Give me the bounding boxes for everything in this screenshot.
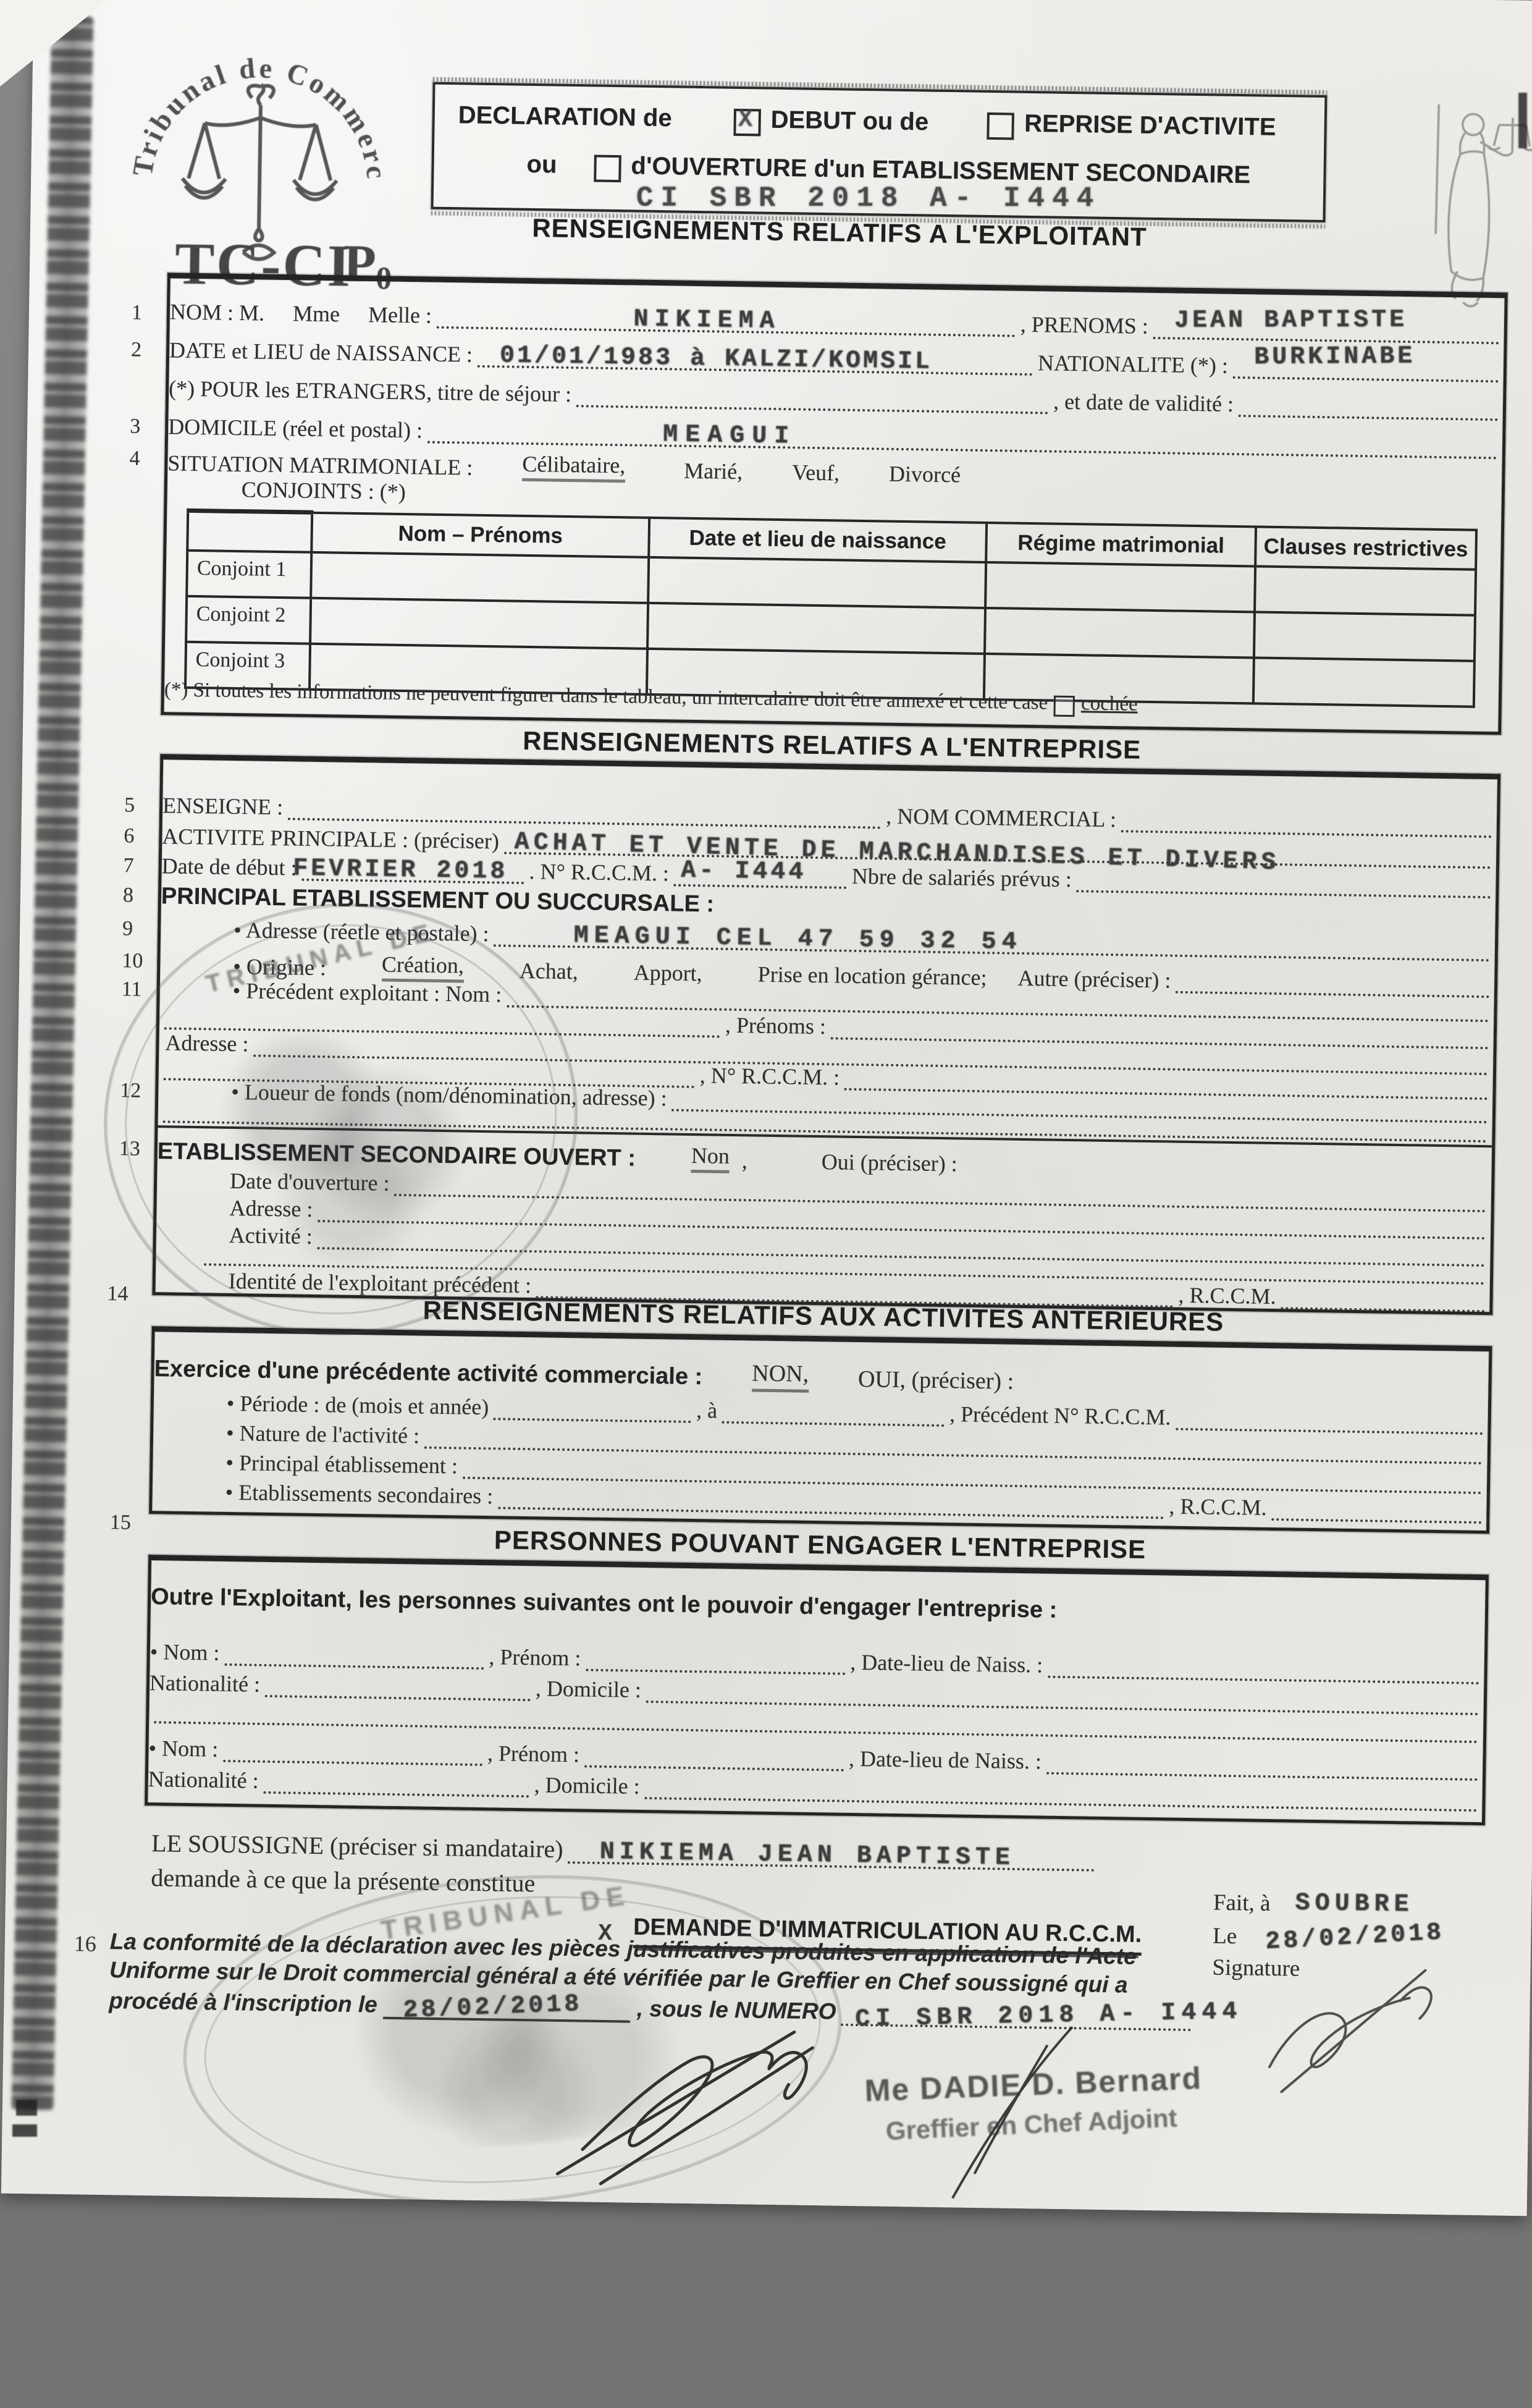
left-fold-bleed-band	[11, 15, 93, 2111]
dotted-line: BURKINABE	[1233, 359, 1499, 382]
exercice-label: Exercice d'une précédente activité comme…	[154, 1356, 702, 1391]
soussigne-label: LE SOUSSIGNE (préciser si mandataire)	[151, 1829, 563, 1864]
row-number-12: 12	[120, 1079, 141, 1103]
empty-cell	[985, 562, 1255, 611]
personne2-prenom-label: , Prénom :	[487, 1741, 580, 1768]
logo-arc-text: Tribunal de Commerce	[104, 23, 396, 184]
row-number-10: 10	[122, 949, 143, 973]
ou-label: ou	[526, 150, 557, 179]
ouverture-checkbox	[594, 154, 621, 182]
greffier-stamp-name: Me DADIE D. Bernard	[864, 2060, 1203, 2108]
exploitant-box: 1 NOM : M. Mme Melle : NIKIEMA , PRENOMS…	[161, 272, 1507, 735]
option-creation: Création,	[382, 952, 465, 983]
option-non-anterieure: NON,	[752, 1360, 809, 1392]
origine-label: • Origine :	[233, 954, 326, 981]
footnote-checkbox	[1054, 696, 1075, 717]
row-number-16: 16	[74, 1930, 97, 1957]
a-label: , à	[696, 1398, 718, 1424]
dotted-line: NIKIEMA JEAN BAPTISTE	[568, 1842, 1095, 1872]
option-achat: Achat,	[519, 958, 578, 985]
empty-cell	[310, 598, 648, 648]
dotted-line: NIKIEMA	[437, 309, 1016, 337]
dotted-line	[224, 1646, 484, 1670]
salaries-label: Nbre de salariés prévus :	[852, 864, 1072, 893]
option-apport: Apport,	[633, 960, 702, 987]
option-divorce: Divorcé	[889, 462, 961, 488]
svg-text:Tribunal de Commerce: Tribunal de Commerce	[104, 23, 396, 184]
dotted-line	[576, 387, 1049, 414]
personnes-intro: Outre l'Exploitant, les personnes suivan…	[151, 1584, 1058, 1624]
row-number-5: 5	[124, 793, 135, 817]
col-header-regime: Régime matrimonial	[986, 522, 1256, 565]
fait-a-label: Fait, à	[1213, 1890, 1271, 1917]
option-oui-label: Oui (préciser) :	[822, 1149, 958, 1177]
personne1-prenom-label: , Prénom :	[489, 1644, 581, 1671]
dotted-line	[1271, 1501, 1481, 1524]
scan-artifact	[16, 2100, 37, 2116]
row-number-9: 9	[122, 917, 133, 940]
nationalite-label: NATIONALITE (*) :	[1038, 350, 1229, 379]
demande-label: demande à ce que la présente constitue	[151, 1864, 536, 1898]
prenoms-value: JEAN BAPTISTE	[1174, 306, 1407, 336]
fait-a-value: SOUBRE	[1295, 1890, 1414, 1920]
row-number-15: 15	[110, 1511, 132, 1535]
dotted-line: JEAN BAPTISTE	[1153, 319, 1499, 344]
tribunal-de-commerce-logo: Tribunal de Commerce TC-CI P0	[104, 23, 410, 293]
conformite-line3a: procédé à l'inscription le	[109, 1987, 377, 2019]
personne2-nationalite-label: Nationalité :	[148, 1767, 259, 1794]
reprise-checkbox	[987, 112, 1015, 140]
personne1-nationalite-label: Nationalité :	[149, 1670, 261, 1697]
dotted-line	[265, 1678, 531, 1701]
soussigne-value: NIKIEMA JEAN BAPTISTE	[599, 1838, 1015, 1873]
domicile-value: MEAGUI	[663, 421, 797, 452]
col-header-naissance: Date et lieu de naissance	[649, 517, 987, 562]
scanned-page: Tribunal de Commerce TC-CI P0	[1, 0, 1532, 2216]
dotted-line	[223, 1743, 482, 1766]
dotted-line	[1121, 813, 1492, 839]
validite-label: , et date de validité :	[1053, 389, 1234, 418]
scan-artifact	[1518, 93, 1527, 148]
personne1-naiss-label: , Date-lieu de Naiss. :	[850, 1650, 1043, 1678]
prenoms2-label: , Prénoms :	[725, 1013, 827, 1040]
date-debut-label: Date de début :	[161, 853, 297, 881]
microprint-border-top	[433, 77, 1328, 95]
row-number-3: 3	[130, 415, 141, 438]
rccm-value: A- I444	[681, 857, 807, 887]
dotted-line	[1176, 1411, 1483, 1435]
naissance-label: DATE et LIEU de NAISSANCE :	[169, 337, 473, 368]
nom-label: NOM : M.	[170, 299, 265, 326]
principal-etablissement-ant-label: • Principal établissement :	[225, 1450, 458, 1479]
debut-checkmark: X	[738, 106, 753, 134]
row-number-7: 7	[123, 854, 134, 877]
col-header-nom-prenoms: Nom – Prénoms	[311, 512, 649, 557]
scanned-document-root: { "logo":{"arc":"Tribunal de Commerce","…	[0, 0, 1532, 2408]
debut-label: DEBUT ou de	[770, 106, 928, 137]
mme-label: Mme	[293, 301, 340, 327]
empty-cell	[1254, 612, 1475, 661]
precedent-rccm-label: , Précédent N° R.C.C.M.	[949, 1401, 1171, 1430]
rccm3-label: , R.C.C.M.	[1178, 1283, 1276, 1310]
personne2-naiss-label: , Date-lieu de Naiss. :	[849, 1746, 1042, 1775]
dotted-line	[263, 1774, 529, 1798]
nationalite-value: BURKINABE	[1254, 343, 1415, 373]
adresse2-label: Adresse :	[165, 1030, 249, 1057]
nom-commercial-label: , NOM COMMERCIAL :	[886, 804, 1116, 833]
row-number-2: 2	[131, 338, 142, 361]
principal-etablissement-label: PRINCIPAL ETABLISSEMENT OU SUCCURSALE :	[161, 883, 715, 918]
empty-header-cell	[187, 510, 312, 552]
option-celibataire: Célibataire,	[522, 452, 626, 483]
dotted-line	[722, 1404, 945, 1427]
adresse-etablissement-value: MEAGUI CEL 47 59 32 54	[573, 923, 1022, 958]
adresse-etablissement-label: • Adresse (réetle et postale) :	[234, 918, 489, 947]
activite2-label: Activité :	[229, 1223, 313, 1249]
personne1-domicile-label: , Domicile :	[536, 1676, 642, 1703]
dotted-line	[498, 1490, 1164, 1519]
dotted-line	[586, 1652, 845, 1675]
dotted-line	[288, 801, 882, 829]
rccm-ant-label: , R.C.C.M.	[1169, 1494, 1267, 1521]
row-number-1: 1	[132, 301, 143, 324]
personnes-box: Outre l'Exploitant, les personnes suivan…	[145, 1555, 1489, 1825]
greffier-signature	[545, 2007, 869, 2197]
declaration-label: DECLARATION de	[458, 101, 672, 132]
entreprise-box: 5 ENSEIGNE : , NOM COMMERCIAL : 6 ACTIVI…	[152, 754, 1500, 1315]
etablissement-secondaire-label: ETABLISSEMENT SECONDAIRE OUVERT :	[158, 1138, 636, 1172]
dotted-line	[646, 1683, 1479, 1715]
option-oui-anterieure: OUI, (préciser) :	[858, 1366, 1014, 1395]
anterieures-box: Exercice d'une précédente activité comme…	[149, 1326, 1492, 1534]
option-autre-label: Autre (préciser) :	[1017, 966, 1171, 994]
row-number-6: 6	[124, 824, 135, 848]
dotted-line	[1046, 1755, 1478, 1781]
dotted-line: 01/01/1983 à KALZI/KOMSIL	[478, 348, 1033, 376]
footnote-cochee: cochée	[1081, 692, 1138, 716]
nature-activite-label: • Nature de l'activité :	[226, 1421, 420, 1449]
option-marie: Marié,	[684, 458, 743, 485]
date-ouverture-label: Date d'ouverture :	[230, 1168, 390, 1196]
dotted-line	[1076, 873, 1491, 899]
periode-label: • Période : de (mois et année)	[227, 1391, 489, 1421]
dotted-line	[644, 1780, 1477, 1812]
empty-cell	[311, 552, 649, 602]
personne2-domicile-label: , Domicile :	[534, 1772, 640, 1799]
nom-value: NIKIEMA	[633, 306, 781, 337]
row-number-14: 14	[107, 1282, 128, 1306]
conjoints-table: Nom – Prénoms Date et lieu de naissance …	[184, 509, 1478, 708]
empty-cell	[1255, 566, 1476, 615]
option-non: Non	[691, 1143, 730, 1173]
dotted-line	[1239, 397, 1498, 421]
lady-justice-figure	[1404, 91, 1532, 316]
row-number-4: 4	[129, 447, 140, 470]
melle-label: Melle :	[368, 302, 432, 329]
row-number-8: 8	[123, 884, 134, 907]
dossier-number-stamp: CI SBR 2018 A- I444	[636, 182, 1101, 215]
domicile-label: DOMICILE (réel et postal) :	[168, 414, 423, 443]
scan-artifact	[12, 2124, 37, 2137]
option-veuf: Veuf,	[792, 460, 840, 486]
precedent-exploitant-label: • Précédent exploitant : Nom :	[232, 978, 502, 1008]
dotted-line	[1048, 1658, 1479, 1684]
prenoms-label: , PRENOMS :	[1020, 312, 1148, 339]
empty-cell	[647, 602, 985, 653]
dotted-line	[584, 1748, 844, 1772]
personne1-nom-label: • Nom :	[150, 1639, 220, 1666]
personne2-nom-label: • Nom :	[148, 1736, 218, 1762]
le-label: Le	[1213, 1924, 1237, 1950]
etablissements-secondaires-label: • Etablissements secondaires :	[225, 1480, 493, 1510]
dotted-line	[494, 1401, 691, 1424]
empty-cell	[648, 557, 986, 607]
dotted-line: FEVRIER 2018	[301, 861, 524, 884]
comma: ,	[742, 1148, 748, 1174]
enseigne-label: ENSEIGNE :	[162, 793, 284, 820]
activite-principale-label: ACTIVITE PRINCIPALE : (préciser)	[162, 824, 499, 854]
row-number-13: 13	[119, 1137, 141, 1161]
debut-checkbox: X	[733, 109, 761, 137]
rccm-label: . N° R.C.C.M. :	[529, 859, 669, 887]
conjoints-label: CONJOINTS : (*)	[241, 477, 406, 505]
adresse3-label: Adresse :	[229, 1196, 313, 1222]
naissance-value: 01/01/1983 à KALZI/KOMSIL	[500, 342, 933, 377]
situation-label: SITUATION MATRIMONIALE :	[167, 450, 473, 481]
row-label-conjoint2: Conjoint 2	[186, 596, 311, 643]
row-label-conjoint1: Conjoint 1	[187, 550, 311, 598]
row-number-11: 11	[121, 978, 141, 1001]
date-debut-value: FEVRIER 2018	[293, 855, 508, 887]
dotted-line: A- I444	[674, 867, 847, 889]
col-header-clauses: Clauses restrictives	[1255, 526, 1476, 569]
declarant-signature	[1244, 1943, 1457, 2106]
empty-cell	[985, 607, 1255, 657]
etrangers-label: (*) POUR les ETRANGERS, titre de séjour …	[169, 376, 571, 407]
reprise-label: REPRISE D'ACTIVITE	[1024, 109, 1276, 142]
